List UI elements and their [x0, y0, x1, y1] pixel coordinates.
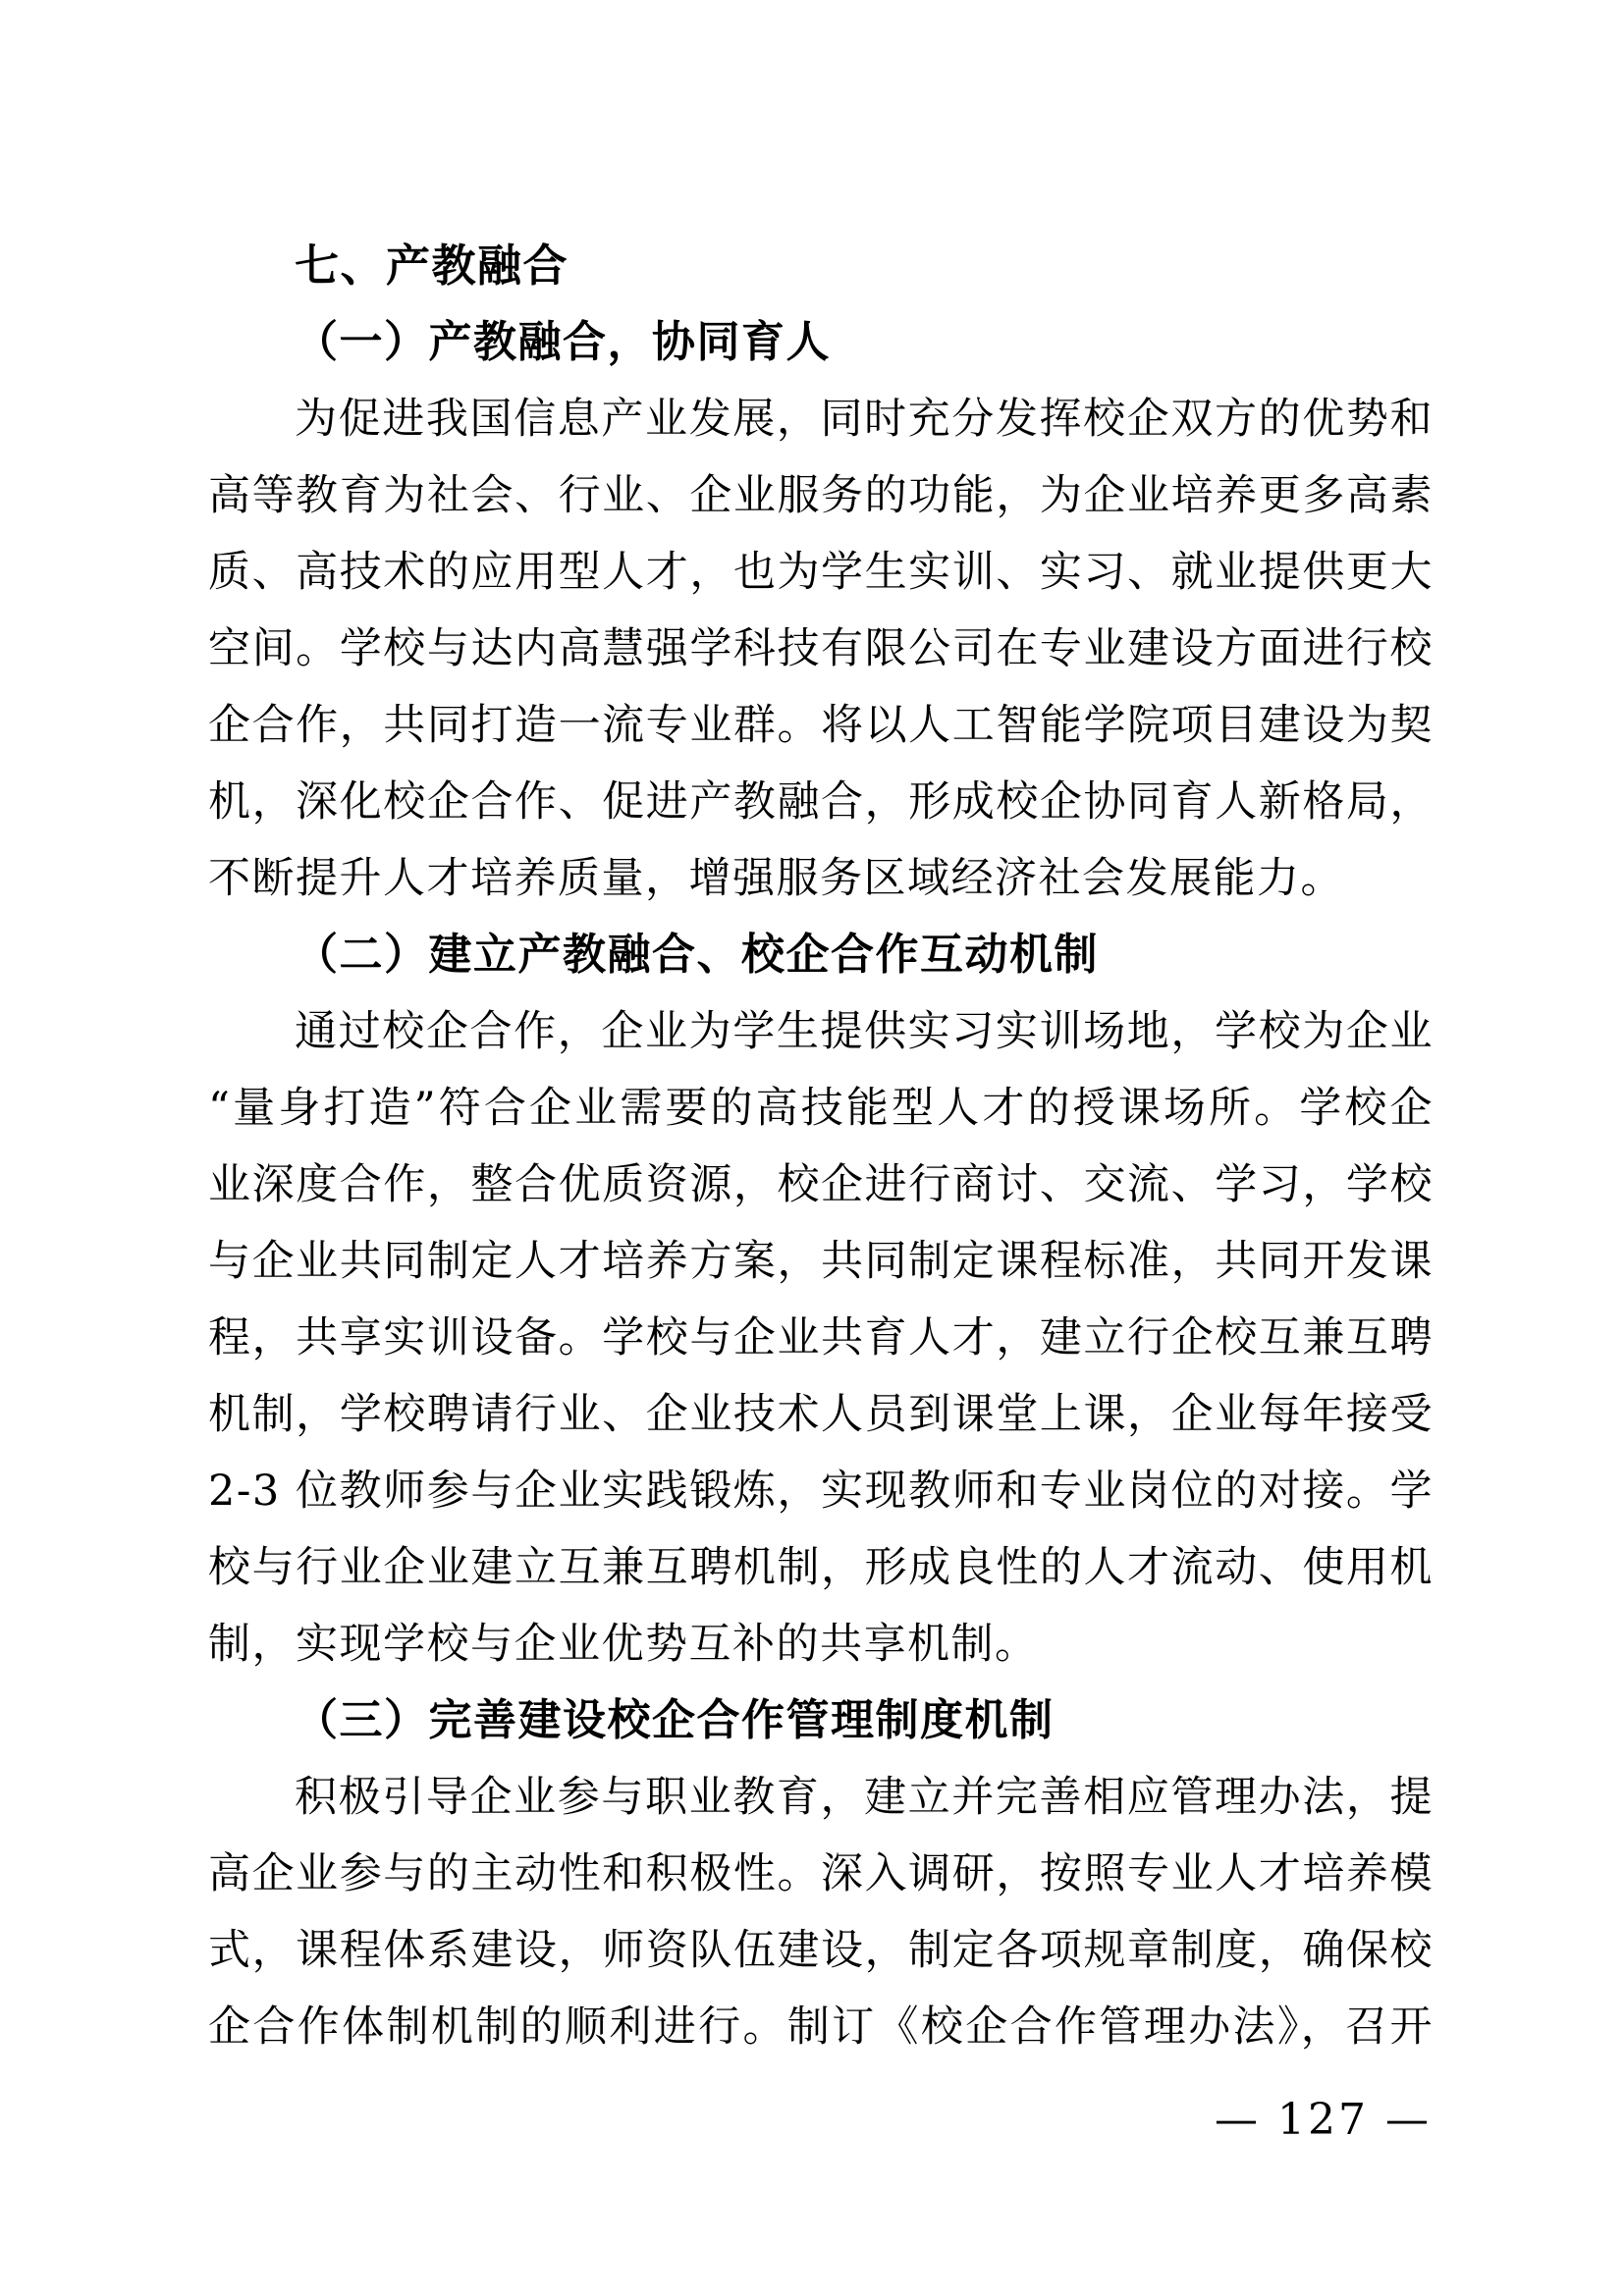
paragraph-line: 企合作，共同打造一流专业群。将以人工智能学院项目建设为契 [208, 687, 1434, 764]
paragraph-line: 高企业参与的主动性和积极性。深入调研，按照专业人才培养模 [208, 1836, 1434, 1912]
subsection-heading: （一）产教融合，协同育人 [208, 304, 1434, 381]
paragraph-line: 为促进我国信息产业发展，同时充分发挥校企双方的优势和 [208, 381, 1434, 457]
text-block: 七、产教融合 （一）产教融合，协同育人 为促进我国信息产业发展，同时充分发挥校企… [208, 228, 1434, 2065]
paragraph-line: 业深度合作，整合优质资源，校企进行商讨、交流、学习，学校 [208, 1147, 1434, 1223]
paragraph-line: 空间。学校与达内高慧强学科技有限公司在专业建设方面进行校 [208, 611, 1434, 687]
paragraph-line: 不断提升人才培养质量，增强服务区域经济社会发展能力。 [208, 840, 1434, 917]
paragraph-line: “量身打造”符合企业需要的高技能型人才的授课场所。学校企 [208, 1070, 1434, 1147]
paragraph-line: 机，深化校企合作、促进产教融合，形成校企协同育人新格局， [208, 764, 1434, 840]
page-number: — 127 — [1215, 2093, 1432, 2148]
paragraph-line: 与企业共同制定人才培养方案，共同制定课程标准，共同开发课 [208, 1223, 1434, 1300]
paragraph-line: 高等教育为社会、行业、企业服务的功能，为企业培养更多高素 [208, 457, 1434, 534]
paragraph-line: 质、高技术的应用型人才，也为学生实训、实习、就业提供更大 [208, 534, 1434, 611]
paragraph-line: 2-3 位教师参与企业实践锻炼，实现教师和专业岗位的对接。学 [208, 1453, 1434, 1529]
subsection-heading: （二）建立产教融合、校企合作互动机制 [208, 917, 1434, 993]
section-heading: 七、产教融合 [208, 228, 1434, 304]
paragraph-line: 企合作体制机制的顺利进行。制订《校企合作管理办法》，召开 [208, 1989, 1434, 2065]
paragraph-line: 程，共享实训设备。学校与企业共育人才，建立行企校互兼互聘 [208, 1300, 1434, 1376]
document-page: 七、产教融合 （一）产教融合，协同育人 为促进我国信息产业发展，同时充分发挥校企… [0, 0, 1624, 2296]
paragraph-line: 积极引导企业参与职业教育，建立并完善相应管理办法，提 [208, 1759, 1434, 1836]
paragraph-line: 通过校企合作，企业为学生提供实习实训场地，学校为企业 [208, 993, 1434, 1070]
paragraph-line: 机制，学校聘请行业、企业技术人员到课堂上课，企业每年接受 [208, 1376, 1434, 1453]
paragraph-line: 制，实现学校与企业优势互补的共享机制。 [208, 1606, 1434, 1682]
paragraph-line: 式，课程体系建设，师资队伍建设，制定各项规章制度，确保校 [208, 1912, 1434, 1989]
subsection-heading: （三）完善建设校企合作管理制度机制 [208, 1682, 1434, 1759]
paragraph-line: 校与行业企业建立互兼互聘机制，形成良性的人才流动、使用机 [208, 1529, 1434, 1606]
